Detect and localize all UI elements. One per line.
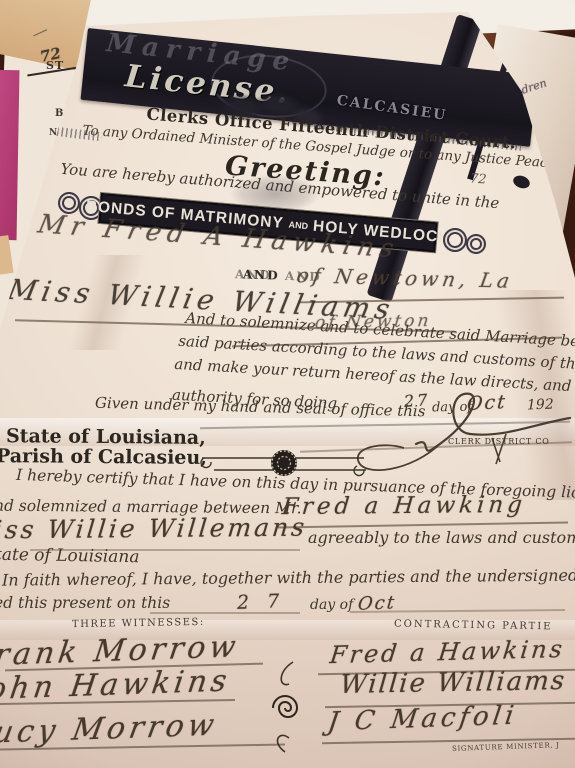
- agreeably-line: agreeably to the laws and customs: [308, 528, 575, 547]
- party-signature: Willie Williams: [339, 666, 568, 700]
- groom-written-entry: Fred a Hawking: [281, 492, 527, 520]
- bride-written-entry: iss Willie Willemans: [0, 513, 309, 545]
- photo-of-marriage-license: 72 ST B N dren Marriage License. CALCASI…: [0, 0, 575, 768]
- spiral-ornament: [465, 233, 487, 255]
- signed-rule: [150, 612, 300, 614]
- groom-residence-entry: of Newtown, La: [295, 263, 515, 293]
- clerk-signature-flourish: [352, 386, 574, 482]
- minister-caption: SIGNATURE MINISTER, J: [452, 741, 560, 753]
- under-paper-fragment: ST: [46, 59, 64, 72]
- clerk-title-label: CLERK DISTRICT CO: [448, 437, 550, 446]
- and-label: AND: [243, 267, 280, 282]
- signed-day-entry: 2 7: [237, 590, 286, 614]
- pink-object: [0, 70, 19, 240]
- parish-heading: Parish of Calcasieu,: [0, 445, 207, 469]
- masthead-parish: CALCASIEU: [336, 93, 449, 124]
- filigree-ornament: [265, 658, 305, 756]
- ink-brush-tip: [511, 173, 531, 190]
- state-line: tate of Louisiana: [0, 545, 140, 568]
- spiral-ornament: [442, 227, 468, 253]
- under-paper-fragment: N: [49, 128, 57, 138]
- party-signature: J C Macfoli: [326, 701, 520, 738]
- marriage-license-sheet: Marriage License. CALCASIEU Clerks Offic…: [0, 0, 575, 768]
- faith-line: In faith whereof, I have, together with …: [2, 565, 575, 589]
- party-signature: Fred a Hawkins: [328, 635, 566, 669]
- license-number: 72: [469, 171, 487, 187]
- signed-prefix: ed this present on this: [0, 594, 170, 612]
- signed-dayof-label: day of: [310, 597, 353, 613]
- witnesses-heading: THREE WITNESSES:: [72, 617, 205, 630]
